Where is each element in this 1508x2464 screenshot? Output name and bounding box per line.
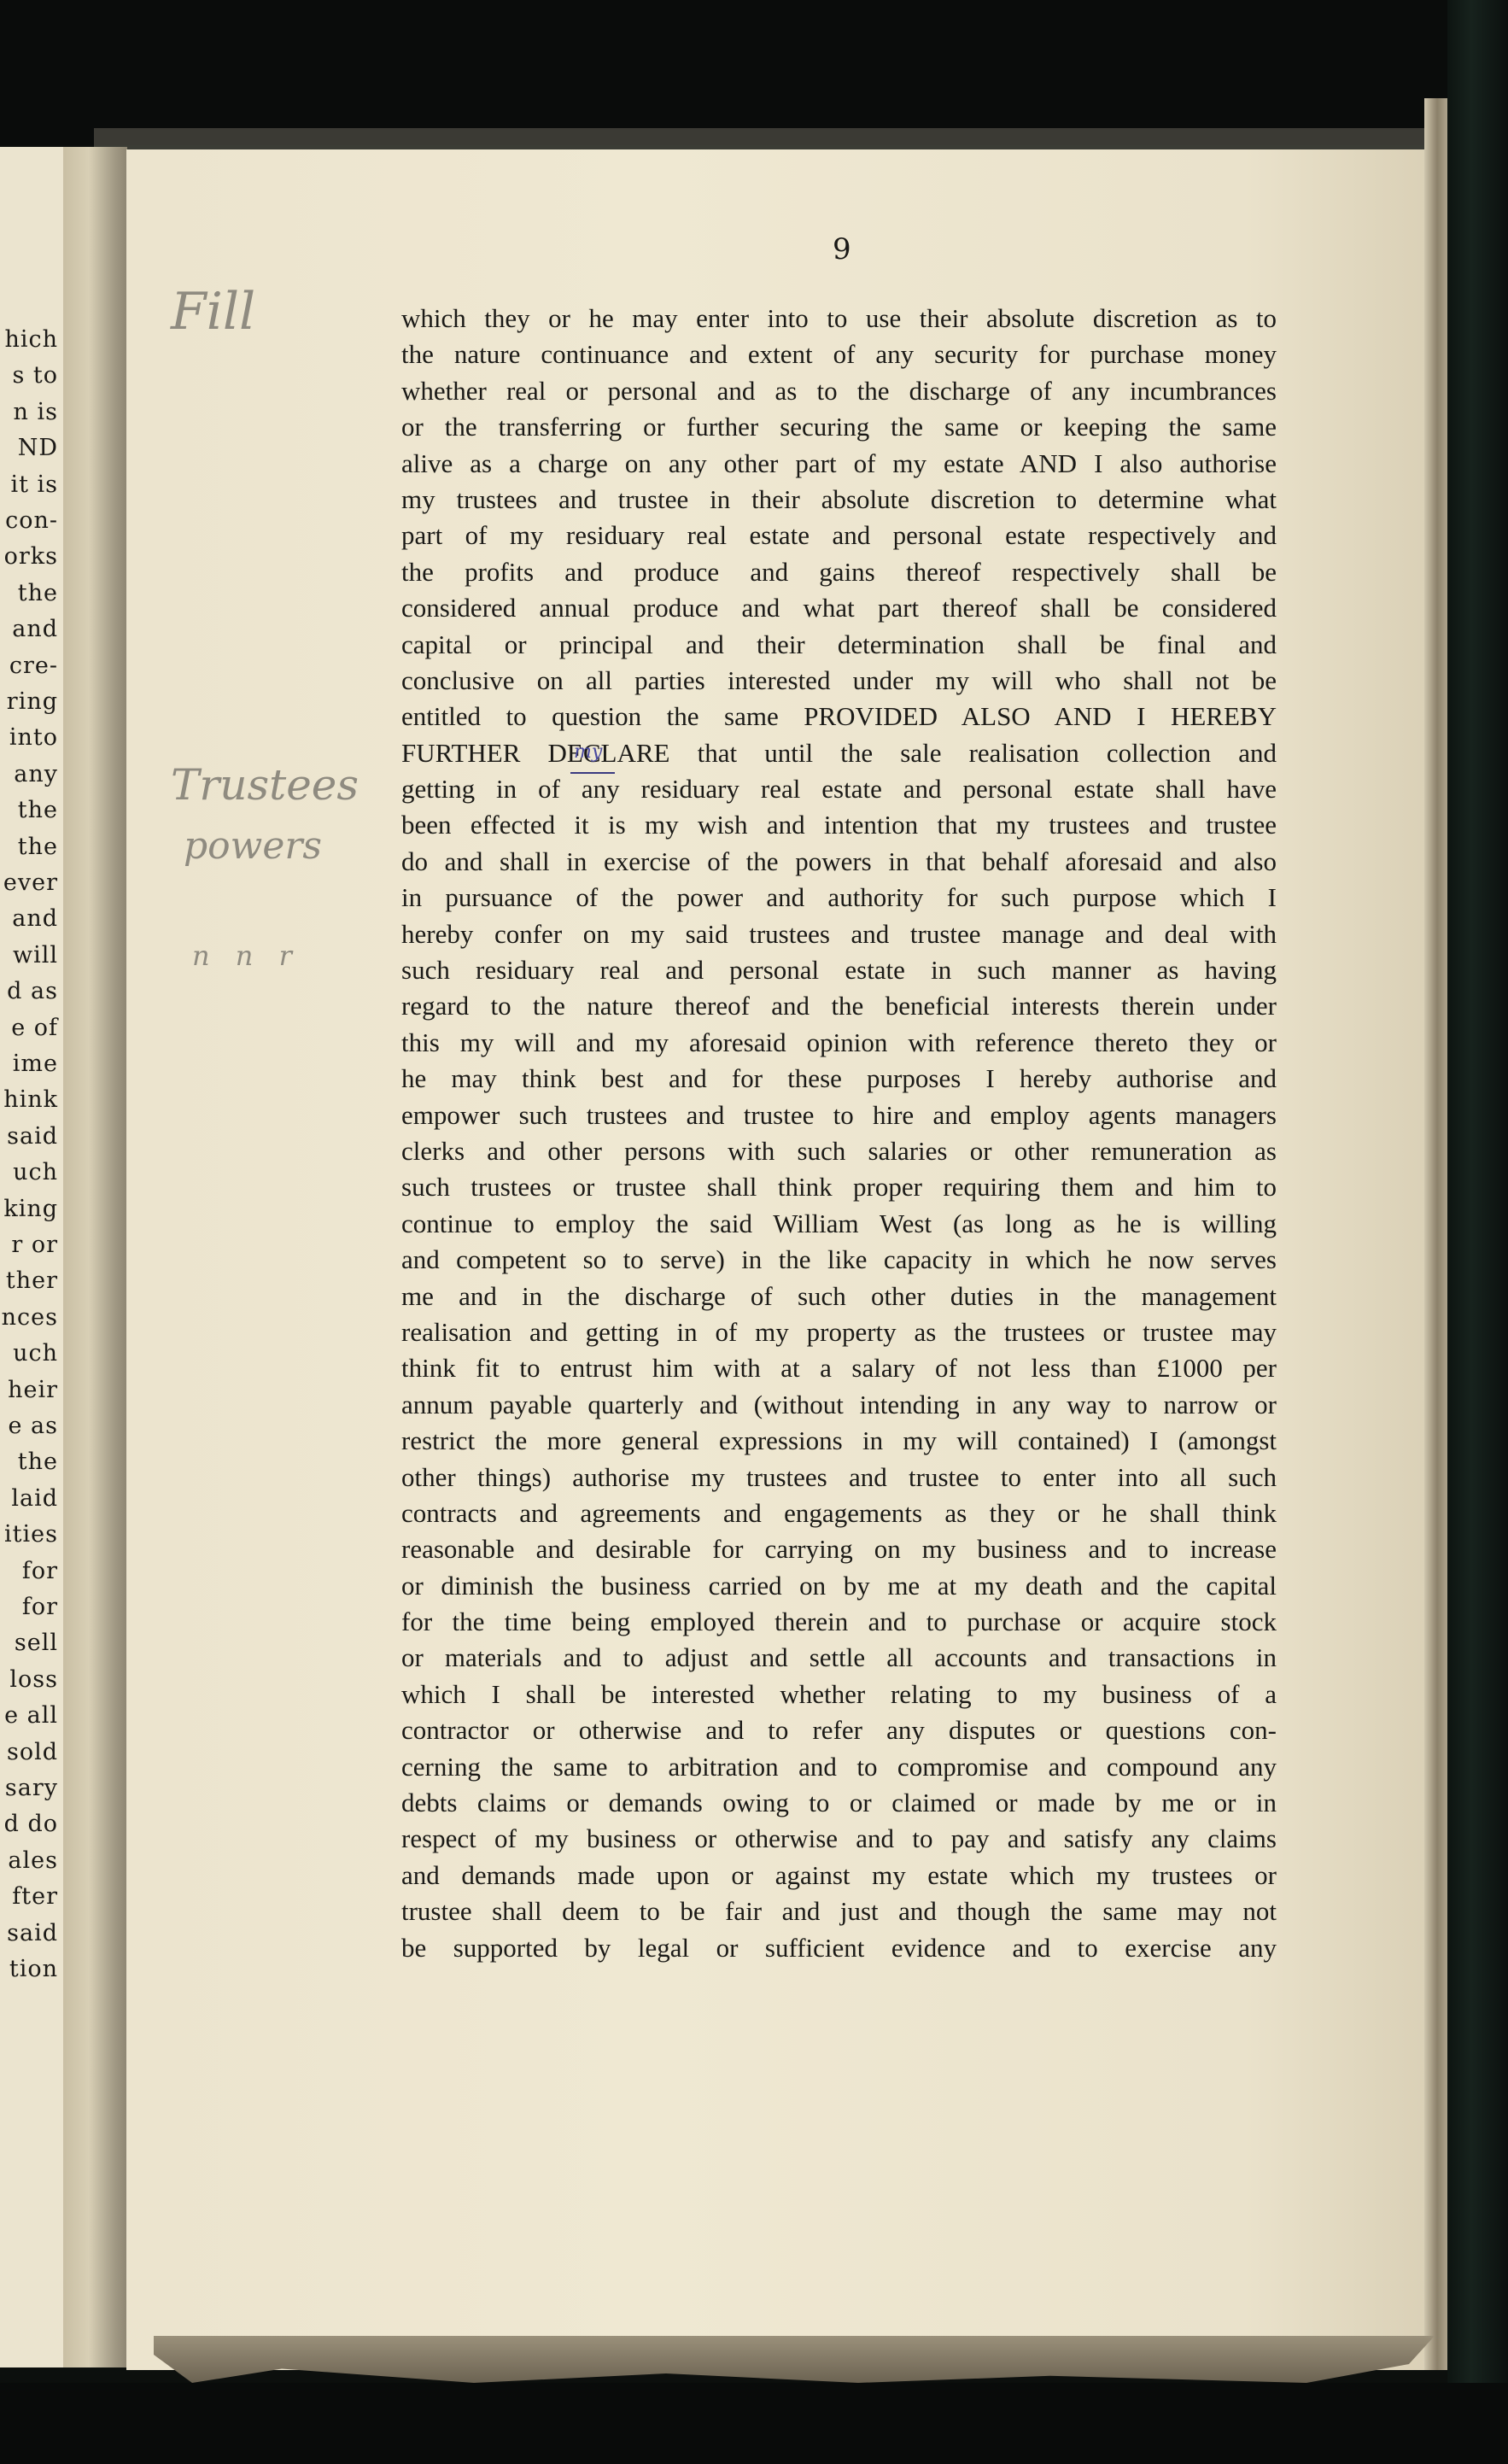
facing-page-text-fragment: sell (15, 1630, 58, 1656)
facing-page-text-fragment: orks (4, 543, 58, 570)
text-line: think fit to entrust him with at a salar… (401, 1350, 1277, 1386)
text-line: in pursuance of the power and authority … (401, 880, 1277, 916)
facing-page-text-fragment: s to (12, 362, 58, 389)
text-line: regard to the nature thereof and the ben… (401, 988, 1277, 1024)
book-cover-right (1447, 0, 1508, 2464)
text-line: other things) authorise my trustees and … (401, 1460, 1277, 1495)
text-line: cerning the same to arbitration and to c… (401, 1749, 1277, 1785)
text-line: the nature continuance and extent of any… (401, 337, 1277, 372)
facing-page-text-fragment: sary (5, 1775, 58, 1801)
book-cover-bottom (0, 2383, 1508, 2464)
text-line: restrict the more general expressions in… (401, 1423, 1277, 1459)
text-line: do and shall in exercise of the powers i… (401, 844, 1277, 880)
text-line: entitled to question the same PROVIDED A… (401, 699, 1277, 735)
facing-page-text-fragment: ever (3, 869, 58, 896)
text-line: realisation and getting in of my propert… (401, 1314, 1277, 1350)
facing-page-text-fragment: any (14, 761, 58, 787)
facing-page-text-fragment: laid (11, 1485, 58, 1512)
text-line: which they or he may enter into to use t… (401, 301, 1277, 337)
text-line: conclusive on all parties interested und… (401, 663, 1277, 699)
margin-note-initials: n n r (192, 939, 301, 972)
text-line: annum payable quarterly and (without int… (401, 1387, 1277, 1423)
facing-page-text-fragment: hink (3, 1086, 58, 1113)
facing-page-text-fragment: fter (12, 1883, 58, 1910)
text-line: considered annual produce and what part … (401, 590, 1277, 626)
document-body-text: which they or he may enter into to use t… (401, 301, 1277, 1966)
text-line: my trustees and trustee in their absolut… (401, 482, 1277, 518)
facing-page-text-fragment: said (7, 1123, 58, 1150)
text-line: hereby confer on my said trustees and tr… (401, 916, 1277, 952)
text-line: and demands made upon or against my esta… (401, 1858, 1277, 1893)
facing-page-text-fragment: ime (13, 1051, 58, 1077)
facing-page-text-fragment: and (12, 905, 58, 932)
text-line: whether real or personal and as to the d… (401, 373, 1277, 409)
facing-page-text-fragment: ales (8, 1847, 58, 1874)
text-line: which I shall be interested whether rela… (401, 1677, 1277, 1712)
strikethrough-any (570, 772, 615, 774)
facing-page-text-fragment: the (18, 797, 58, 823)
text-line: clerks and other persons with such salar… (401, 1133, 1277, 1169)
text-line: for the time being employed therein and … (401, 1604, 1277, 1640)
binding-gutter (63, 147, 127, 2367)
facing-page-text-fragment: e of (11, 1015, 58, 1041)
text-line: reasonable and desirable for carrying on… (401, 1531, 1277, 1567)
facing-page-text-fragment: heir (8, 1377, 58, 1403)
facing-page-left: hichs ton isNDit iscon-orkstheandcre-rin… (0, 147, 63, 2367)
facing-page-text-fragment: uch (13, 1340, 58, 1367)
text-line: contracts and agreements and engagements… (401, 1495, 1277, 1531)
text-line: this my will and my aforesaid opinion wi… (401, 1025, 1277, 1061)
facing-page-text-fragment: nces (2, 1304, 58, 1331)
facing-page-text-fragment: into (9, 724, 58, 751)
text-line: he may think best and for these purposes… (401, 1061, 1277, 1097)
facing-page-text-fragment: ther (6, 1267, 58, 1294)
text-line: and competent so to serve) in the like c… (401, 1242, 1277, 1278)
facing-page-text-fragment: ities (4, 1521, 58, 1548)
text-line: continue to employ the said William West… (401, 1206, 1277, 1242)
facing-page-text-fragment: con- (5, 507, 58, 534)
text-line: capital or principal and their determina… (401, 627, 1277, 663)
facing-page-text-fragment: the (18, 580, 58, 606)
text-line: or materials and to adjust and settle al… (401, 1640, 1277, 1676)
facing-page-text-fragment: uch (13, 1159, 58, 1185)
frayed-page-edge-top (94, 128, 1443, 150)
facing-page-text-fragment: r or (11, 1232, 58, 1258)
text-line: such trustees or trustee shall think pro… (401, 1169, 1277, 1205)
facing-page-text-fragment: loss (9, 1666, 58, 1693)
facing-page-text-fragment: it is (10, 471, 58, 498)
margin-note-fill: Fill (171, 282, 255, 342)
facing-page-text-fragment: d do (4, 1811, 58, 1837)
facing-page-text-fragment: ND (18, 435, 58, 461)
text-line: FURTHER DECLARE that until the sale real… (401, 735, 1277, 771)
facing-page-text-fragment: cre- (9, 653, 58, 679)
facing-page-text-fragment: tion (9, 1956, 58, 1982)
text-line: the profits and produce and gains thereo… (401, 554, 1277, 590)
facing-page-text-fragment: for (22, 1558, 58, 1584)
text-line: part of my residuary real estate and per… (401, 518, 1277, 553)
book-cover-top (0, 0, 1508, 145)
facing-page-text-fragment: hich (4, 326, 58, 353)
facing-page-text-fragment: king (3, 1196, 58, 1222)
facing-page-text-fragment: d as (7, 978, 58, 1004)
text-line: debts claims or demands owing to or clai… (401, 1785, 1277, 1821)
facing-page-text-fragment: and (12, 616, 58, 642)
facing-page-text-fragment: the (18, 834, 58, 860)
text-line: or the transferring or further securing … (401, 409, 1277, 445)
text-line: be supported by legal or sufficient evid… (401, 1930, 1277, 1966)
text-line: such residuary real and personal estate … (401, 952, 1277, 988)
text-line: been effected it is my wish and intentio… (401, 807, 1277, 843)
page-number: 9 (833, 232, 851, 266)
facing-page-text-fragment: will (13, 942, 58, 969)
text-line: trustee shall deem to be fair and just a… (401, 1893, 1277, 1929)
facing-page-text-fragment: n is (14, 399, 58, 425)
margin-note-trustees: Trustees (171, 760, 359, 810)
facing-page-text-fragment: ring (7, 688, 58, 715)
text-line: respect of my business or otherwise and … (401, 1821, 1277, 1857)
text-line: contractor or otherwise and to refer any… (401, 1712, 1277, 1748)
facing-page-text-fragment: e as (8, 1413, 58, 1439)
margin-note-powers: powers (184, 824, 322, 868)
text-line: getting in of any residuary real estate … (401, 771, 1277, 807)
text-line: me and in the discharge of such other du… (401, 1279, 1277, 1314)
text-line: or diminish the business carried on by m… (401, 1568, 1277, 1604)
facing-page-text-fragment: sold (7, 1739, 58, 1765)
text-line: empower such trustees and trustee to hir… (401, 1097, 1277, 1133)
frayed-page-edge-bottom (154, 2336, 1435, 2383)
facing-page-text-fragment: said (7, 1920, 58, 1946)
facing-page-text-fragment: the (18, 1449, 58, 1475)
facing-page-text-fragment: e all (4, 1702, 58, 1729)
handwritten-insertion-my: my (574, 741, 602, 763)
page-stack-edges (1424, 98, 1450, 2370)
text-line: alive as a charge on any other part of m… (401, 446, 1277, 482)
facing-page-text-fragment: for (22, 1594, 58, 1620)
